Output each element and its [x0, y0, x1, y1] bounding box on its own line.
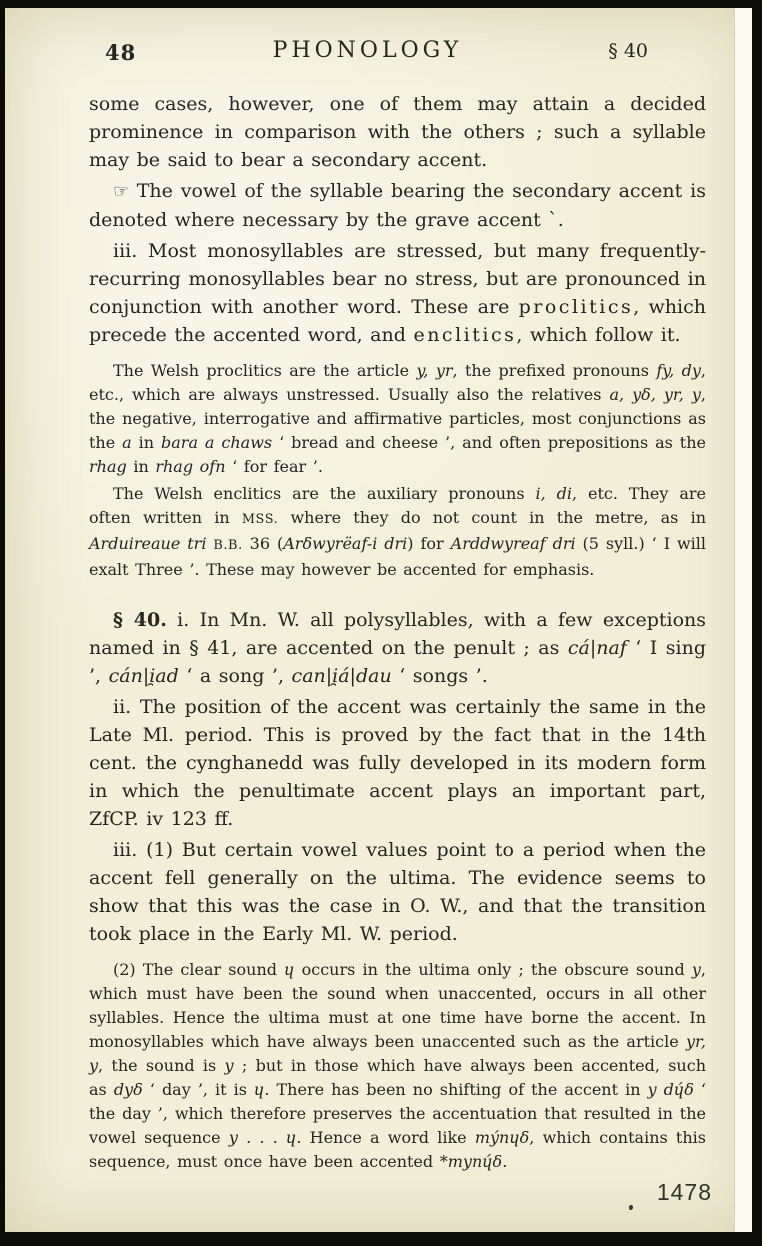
text-run: (2) The clear sound: [113, 960, 284, 979]
page-body: some cases, however, one of them may att…: [89, 90, 706, 1174]
text-run: B.B.: [213, 538, 242, 553]
para-grave-accent-note: ☞ The vowel of the syllable bearing the …: [89, 177, 706, 234]
para-section-40-iii: iii. (1) But certain vowel values point …: [89, 836, 706, 948]
text-run: Arddwyreaf dri: [451, 534, 576, 553]
text-run: ɥ: [254, 1080, 264, 1099]
text-run: MSS.: [242, 512, 278, 527]
text-run: ) for: [407, 534, 450, 553]
manicule-icon: ☞: [113, 181, 137, 202]
scanned-book-page: 48 PHONOLOGY § 40 some cases, however, o…: [0, 0, 762, 1246]
text-run: The Welsh enclitics are the auxiliary pr…: [113, 484, 536, 503]
text-run: Arδwyrëaf-i dri: [283, 534, 407, 553]
para-secondary-accent-intro: some cases, however, one of them may att…: [89, 90, 706, 174]
text-run: occurs in the ultima only ; the obscure …: [294, 960, 691, 979]
text-run: ‘ songs ’.: [392, 665, 488, 687]
text-run: y: [225, 1056, 234, 1075]
text-run: The vowel of the syllable bearing the se…: [89, 180, 706, 231]
text-run: mýnɥδ: [475, 1128, 529, 1147]
text-run: cá|naf: [568, 637, 627, 659]
text-run: where they do not count in the metre, as…: [278, 508, 706, 527]
text-run: proclitics: [519, 296, 634, 318]
scan-number: 1478: [657, 1179, 712, 1206]
page-title: PHONOLOGY: [89, 38, 646, 63]
text-run: § 40.: [113, 609, 167, 631]
text-run: bara a chaws: [161, 433, 272, 452]
text-run: ‘ day ’, it is: [143, 1080, 254, 1099]
text-run: ii. The position of the accent was certa…: [89, 696, 706, 830]
text-run: i, di: [536, 484, 573, 503]
text-run: y: [692, 960, 701, 979]
para-section-40-ii: ii. The position of the accent was certa…: [89, 693, 706, 833]
text-run: , the prefixed pronouns: [453, 361, 657, 380]
para-monosyllables: iii. Most monosyllables are stressed, bu…: [89, 237, 706, 349]
text-run: enclitics: [413, 324, 516, 346]
text-run: iii. (1) But certain vowel values point …: [89, 839, 706, 945]
para-section-40-note-2: (2) The clear sound ɥ occurs in the ulti…: [89, 958, 706, 1174]
text-run: *mynɥ́δ: [440, 1152, 502, 1171]
text-run: The Welsh proclitics are the article: [113, 361, 416, 380]
text-run: . Hence a word like: [296, 1128, 475, 1147]
text-run: y dɥ́δ: [648, 1080, 694, 1099]
text-run: . There has been no shifting of the acce…: [264, 1080, 647, 1099]
text-run: cán|i̯ad: [109, 665, 179, 687]
text-run: in: [127, 457, 156, 476]
text-run: 36 (: [243, 534, 284, 553]
text-run: ‘ bread and cheese ’, and often preposit…: [272, 433, 706, 452]
text-run: a: [122, 433, 132, 452]
text-run: ‘ for fear ’.: [226, 457, 323, 476]
para-welsh-proclitics: The Welsh proclitics are the article y, …: [89, 359, 706, 479]
ink-speck: [629, 1205, 633, 1210]
text-run: a, yδ, yr, y: [609, 385, 700, 404]
text-run: ‘ a song ’,: [179, 665, 292, 687]
text-run: can|i̯á|dau: [292, 665, 392, 687]
para-welsh-enclitics: The Welsh enclitics are the auxiliary pr…: [89, 482, 706, 582]
text-run: rhag ofn: [155, 457, 225, 476]
text-run: , which follow it.: [516, 324, 680, 346]
page-content: 48 PHONOLOGY § 40 some cases, however, o…: [5, 8, 752, 1174]
text-run: .: [502, 1152, 507, 1171]
text-run: y, yr: [416, 361, 452, 380]
text-run: in: [132, 433, 161, 452]
text-run: some cases, however, one of them may att…: [89, 93, 706, 171]
running-header: 48 PHONOLOGY § 40: [89, 38, 706, 68]
book-page: 48 PHONOLOGY § 40 some cases, however, o…: [5, 8, 752, 1232]
text-run: ɥ: [284, 960, 294, 979]
text-run: Arduireaue tri: [89, 534, 206, 553]
text-run: y . . . ɥ: [229, 1128, 297, 1147]
text-run: rhag: [89, 457, 127, 476]
section-marker: § 40: [608, 40, 648, 62]
text-run: , the sound is: [98, 1056, 225, 1075]
para-section-40-i: § 40. i. In Mn. W. all polysyllables, wi…: [89, 606, 706, 690]
text-run: dyδ: [114, 1080, 143, 1099]
text-run: fy, dy: [656, 361, 701, 380]
